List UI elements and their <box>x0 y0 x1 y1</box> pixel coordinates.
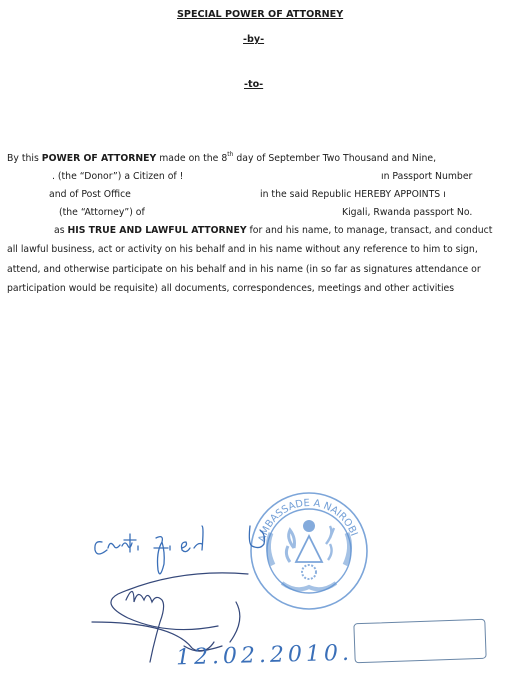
bold-text: HIS TRUE AND LAWFUL ATTORNEY <box>68 225 247 236</box>
empty-box <box>353 619 486 664</box>
text: as <box>54 225 68 236</box>
by-label: -by- <box>243 34 264 45</box>
body-line-1: By this POWER OF ATTORNEY made on the 8t… <box>7 151 436 164</box>
text: By this <box>7 153 42 164</box>
text: day of September Two Thousand and Nine, <box>233 153 436 164</box>
body-line-4a: (the “Attorney”) of <box>59 207 145 218</box>
to-label: -to- <box>244 79 263 90</box>
certification-date: 12.02.2010. <box>176 641 354 671</box>
body-line-2b: ın Passport Number <box>381 171 472 182</box>
document-title: SPECIAL POWER OF ATTORNEY <box>177 9 343 20</box>
text: made on the 8 <box>156 153 227 164</box>
body-line-7: attend, and otherwise participate on his… <box>7 264 481 275</box>
body-line-5: as HIS TRUE AND LAWFUL ATTORNEY for and … <box>54 225 492 236</box>
text: for and his name, to manage, transact, a… <box>247 225 493 236</box>
bold-text: POWER OF ATTORNEY <box>42 153 157 164</box>
body-line-8: participation would be requisite) all do… <box>7 283 454 294</box>
body-line-3b: in the said Republic HEREBY APPOINTS ı <box>260 189 446 200</box>
body-line-2a: . (the “Donor”) a Citizen of ! <box>52 171 183 182</box>
body-line-6: all lawful business, act or activity on … <box>7 244 478 255</box>
body-line-3a: and of Post Office <box>49 189 131 200</box>
body-line-4b: Kigali, Rwanda passport No. <box>342 207 472 218</box>
